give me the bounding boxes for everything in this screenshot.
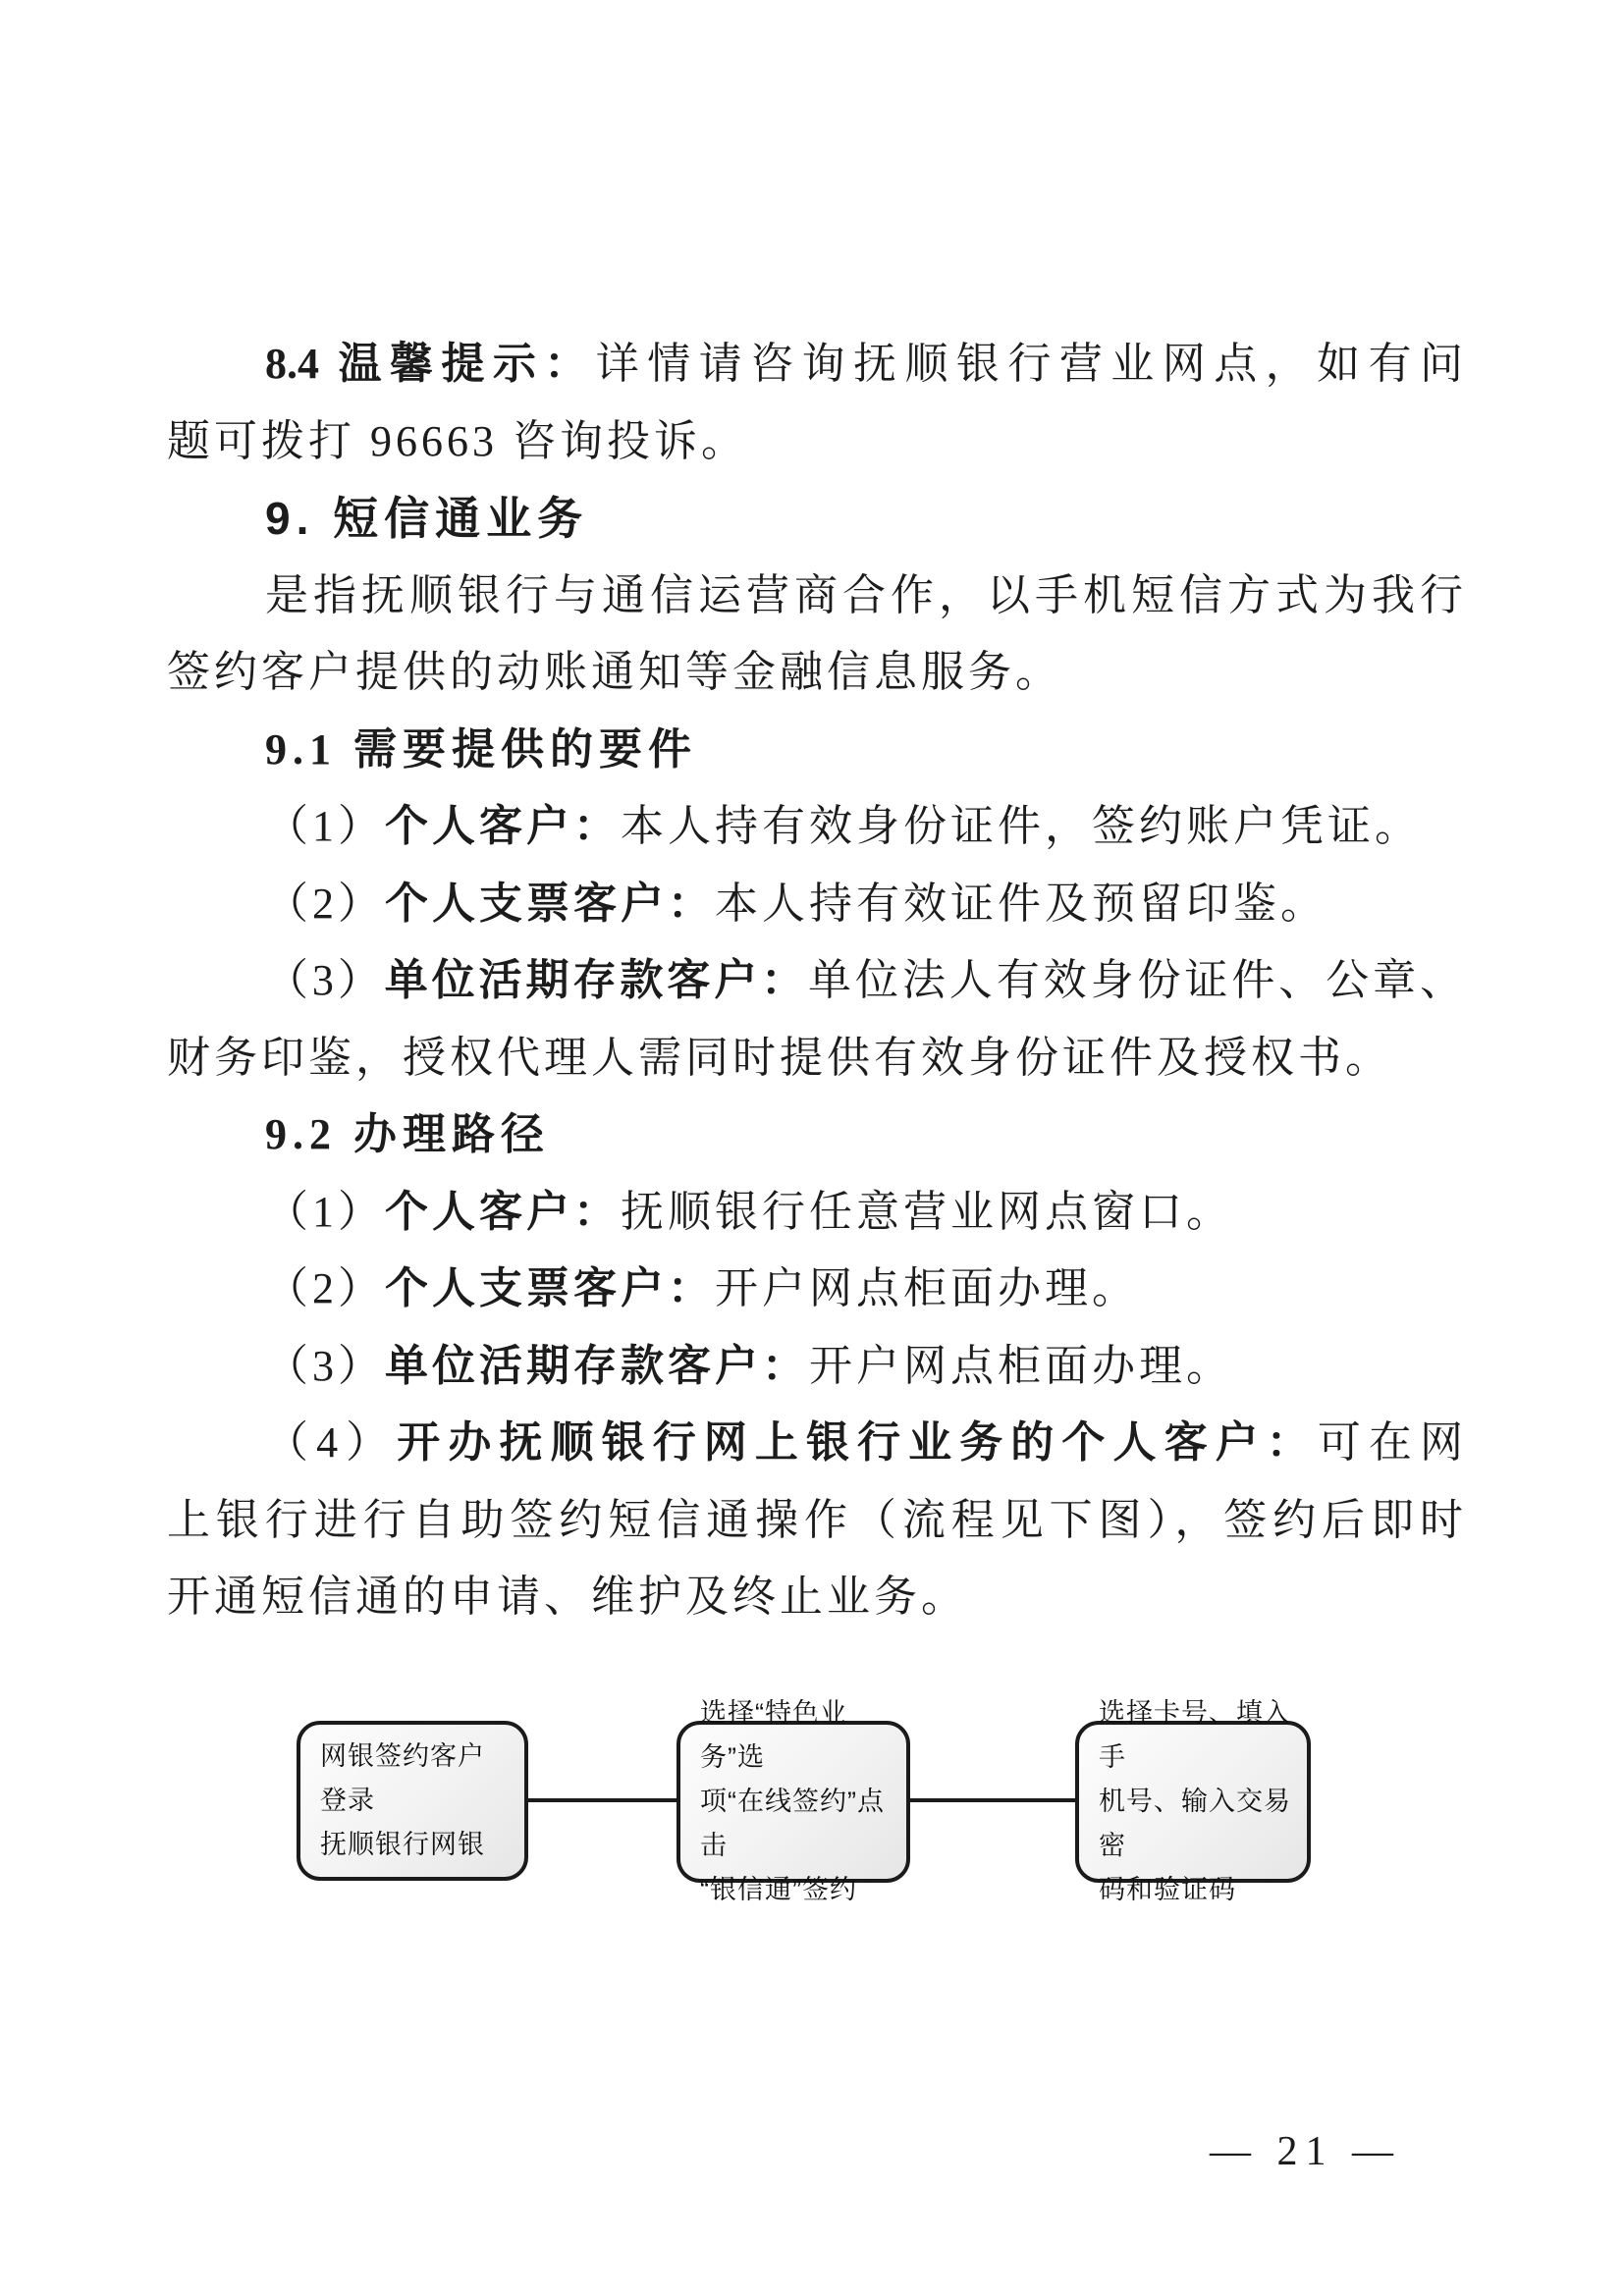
item-9-1-3-line-1: （3）单位活期存款客户：单位法人有效身份证件、公章、 <box>167 942 1463 1020</box>
item-9-1-2-rest: 本人持有效证件及预留印鉴。 <box>715 880 1327 928</box>
item-9-2-4-line-3: 开通短信通的申请、维护及终止业务。 <box>167 1559 1463 1636</box>
flowchart-box-select-service: 选择“特色业务”选 项“在线签约”点击 “银信通”签约 <box>677 1721 910 1883</box>
item-9-1-2-lead: 个人支票客户： <box>385 880 715 928</box>
item-9-1-3-line-2: 财务印鉴，授权代理人需同时提供有效身份证件及授权书。 <box>167 1020 1463 1097</box>
item-9-1-2-num: （2） <box>265 880 385 928</box>
item-9-2-1: （1）个人客户：抚顺银行任意营业网点窗口。 <box>167 1174 1463 1252</box>
item-9-2-4-lead: 开办抚顺银行网上银行业务的个人客户： <box>397 1418 1318 1467</box>
para-8-4-line-1: 8.4 温馨提示：详情请咨询抚顺银行营业网点，如有问 <box>167 326 1463 403</box>
flowchart-box-select-service-line-2: 项“在线签约”点击 <box>700 1780 891 1868</box>
flowchart-box-enter-info-line-1: 选择卡号、填入手 <box>1099 1691 1291 1780</box>
heading-9-1: 9.1 需要提供的要件 <box>167 712 1463 789</box>
item-9-2-4-rest1: 可在网 <box>1318 1418 1463 1467</box>
item-9-2-2: （2）个人支票客户：开户网点柜面办理。 <box>167 1251 1463 1328</box>
heading-9: 9. 短信通业务 <box>167 480 1463 558</box>
item-9-2-3-rest: 开户网点柜面办理。 <box>809 1342 1233 1390</box>
para-9-intro-line-2: 签约客户提供的动账通知等金融信息服务。 <box>167 634 1463 712</box>
item-9-1-1-rest: 本人持有效身份证件，签约账户凭证。 <box>621 802 1422 850</box>
flowchart-box-select-service-line-1: 选择“特色业务”选 <box>700 1691 891 1780</box>
item-9-2-1-rest: 抚顺银行任意营业网点窗口。 <box>621 1188 1233 1236</box>
flowchart-connector-1 <box>526 1798 678 1802</box>
flowchart-box-login-line-1: 网银签约客户登录 <box>320 1735 509 1823</box>
item-9-1-1-num: （1） <box>265 802 385 850</box>
para-8-4-line-2: 题可拨打 96663 咨询投诉。 <box>167 403 1463 481</box>
para-8-4-lead: 8.4 温馨提示： <box>265 340 596 388</box>
heading-9-2: 9.2 办理路径 <box>167 1096 1463 1174</box>
item-9-2-3-lead: 单位活期存款客户： <box>385 1342 809 1390</box>
flowchart-box-select-service-line-3: “银信通”签约 <box>700 1868 891 1912</box>
document-body: 8.4 温馨提示：详情请咨询抚顺银行营业网点，如有问 题可拨打 96663 咨询… <box>167 326 1463 1636</box>
para-8-4-rest: 详情请咨询抚顺银行营业网点，如有问 <box>596 340 1463 388</box>
para-9-intro-line-1: 是指抚顺银行与通信运营商合作，以手机短信方式为我行 <box>167 558 1463 635</box>
page-number: — 21 — <box>1210 2128 1401 2175</box>
item-9-2-4-num: （4） <box>265 1418 397 1467</box>
item-9-1-1-lead: 个人客户： <box>385 802 621 850</box>
item-9-1-1: （1）个人客户：本人持有效身份证件，签约账户凭证。 <box>167 788 1463 866</box>
item-9-1-3-rest1: 单位法人有效身份证件、公章、 <box>808 956 1463 1004</box>
item-9-1-2: （2）个人支票客户：本人持有效证件及预留印鉴。 <box>167 866 1463 943</box>
item-9-1-3-num: （3） <box>265 956 385 1004</box>
item-9-2-4-line-2: 上银行进行自助签约短信通操作（流程见下图），签约后即时 <box>167 1482 1463 1560</box>
item-9-1-3-lead: 单位活期存款客户： <box>385 956 808 1004</box>
document-page: 8.4 温馨提示：详情请咨询抚顺银行营业网点，如有问 题可拨打 96663 咨询… <box>0 0 1624 2296</box>
item-9-2-4-line-1: （4）开办抚顺银行网上银行业务的个人客户：可在网 <box>167 1405 1463 1482</box>
item-9-2-3: （3）单位活期存款客户：开户网点柜面办理。 <box>167 1328 1463 1406</box>
flowchart-box-enter-info-line-3: 码和验证码 <box>1099 1868 1291 1912</box>
item-9-2-1-lead: 个人客户： <box>385 1188 621 1236</box>
flowchart-box-enter-info-line-2: 机号、输入交易密 <box>1099 1780 1291 1868</box>
item-9-2-2-rest: 开户网点柜面办理。 <box>715 1264 1139 1312</box>
flowchart-box-login: 网银签约客户登录 抚顺银行网银 <box>297 1721 528 1881</box>
item-9-2-2-num: （2） <box>265 1264 385 1312</box>
item-9-2-1-num: （1） <box>265 1188 385 1236</box>
flowchart-connector-2 <box>908 1798 1077 1802</box>
flowchart-box-enter-info: 选择卡号、填入手 机号、输入交易密 码和验证码 <box>1075 1721 1311 1883</box>
item-9-2-3-num: （3） <box>265 1342 385 1390</box>
item-9-2-2-lead: 个人支票客户： <box>385 1264 715 1312</box>
flowchart-box-login-line-2: 抚顺银行网银 <box>320 1823 509 1867</box>
